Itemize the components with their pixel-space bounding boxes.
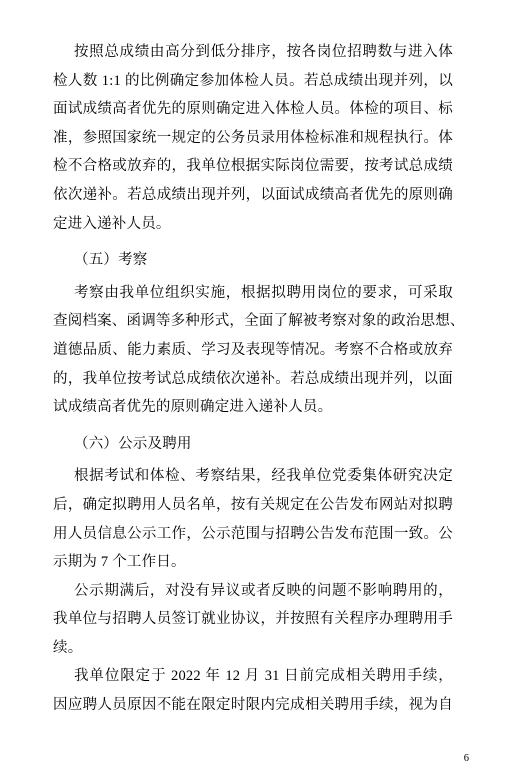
text-line: 根据考试和体检、考察结果，经我单位党委集体研究决定 (53, 462, 453, 491)
text-line: 检不合格或放弃的，我单位根据实际岗位需要，按考试总成绩 (53, 152, 453, 181)
text-line: 我单位限定于 2022 年 12 月 31 日前完成相关聘用手续， (53, 662, 453, 691)
text-line: 我单位与招聘人员签订就业协议，并按照有关程序办理聘用手 (53, 605, 453, 634)
text-line: 准，参照国家统一规定的公务员录用体检标准和规程执行。体 (53, 124, 453, 153)
text-line: 示期为 7 个工作日。 (53, 548, 453, 577)
text-line: 后，确定拟聘用人员名单，按有关规定在公告发布网站对拟聘 (53, 491, 453, 520)
paragraph: 按照总成绩由高分到低分排序，按各岗位招聘数与进入体检人数 1:1 的比例确定参加… (53, 38, 453, 238)
text-line: 因应聘人员原因不能在限定时限内完成相关聘用手续，视为自 (53, 691, 453, 720)
section-heading: （六）公示及聘用 (53, 430, 453, 459)
text-line: 考察由我单位组织实施，根据拟聘用岗位的要求，可采取 (53, 279, 453, 308)
paragraph: 我单位限定于 2022 年 12 月 31 日前完成相关聘用手续，因应聘人员原因… (53, 662, 453, 719)
text-line: 按照总成绩由高分到低分排序，按各岗位招聘数与进入体 (53, 38, 453, 67)
text-line: 道德品质、能力素质、学习及表现等情况。考察不合格或放弃 (53, 336, 453, 365)
text-line: 定进入递补人员。 (53, 210, 453, 239)
text-line: 用人员信息公示工作，公示范围与招聘公告发布范围一致。公 (53, 520, 453, 549)
section-heading: （五）考察 (53, 246, 453, 275)
text-line: 续。 (53, 634, 453, 663)
text-line: 的，我单位按考试总成绩依次递补。若总成绩出现并列，以面 (53, 365, 453, 394)
paragraph: 根据考试和体检、考察结果，经我单位党委集体研究决定后，确定拟聘用人员名单，按有关… (53, 462, 453, 576)
text-line: 试成绩高者优先的原则确定进入递补人员。 (53, 393, 453, 422)
paragraph: 公示期满后，对没有异议或者反映的问题不影响聘用的，我单位与招聘人员签订就业协议，… (53, 577, 453, 663)
text-line: 依次递补。若总成绩出现并列，以面试成绩高者优先的原则确 (53, 181, 453, 210)
page-number: 6 (464, 752, 469, 766)
text-line: 面试成绩高者优先的原则确定进入体检人员。体检的项目、标 (53, 95, 453, 124)
text-line: 公示期满后，对没有异议或者反映的问题不影响聘用的， (53, 577, 453, 606)
document-body: 按照总成绩由高分到低分排序，按各岗位招聘数与进入体检人数 1:1 的比例确定参加… (53, 38, 453, 720)
paragraph: 考察由我单位组织实施，根据拟聘用岗位的要求，可采取查阅档案、函调等多种形式，全面… (53, 279, 453, 422)
document-page: 按照总成绩由高分到低分排序，按各岗位招聘数与进入体检人数 1:1 的比例确定参加… (0, 0, 512, 784)
text-line: 查阅档案、函调等多种形式，全面了解被考察对象的政治思想、 (53, 307, 453, 336)
text-line: 检人数 1:1 的比例确定参加体检人员。若总成绩出现并列，以 (53, 67, 453, 96)
